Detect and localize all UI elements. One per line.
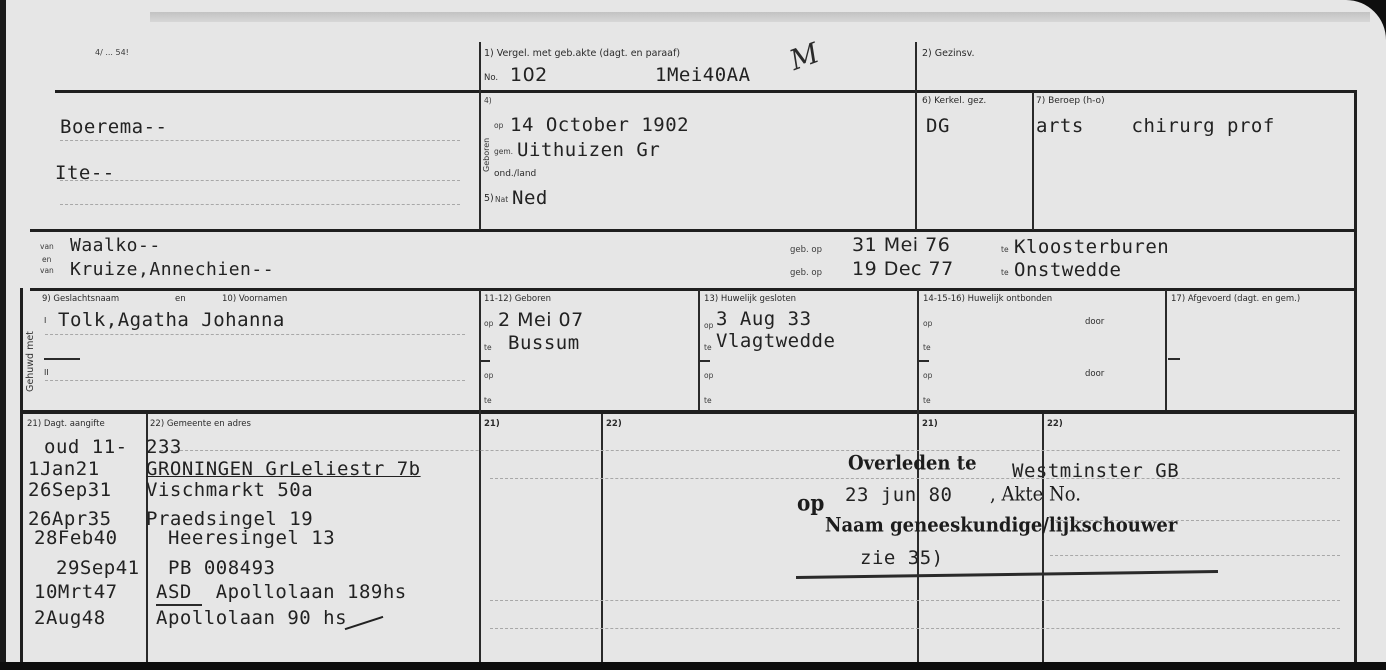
surname: Boerema-- [60, 116, 167, 138]
spouse-op-label-2: op [484, 371, 493, 380]
marker-1: I [44, 316, 46, 325]
no-label: No. [484, 73, 498, 83]
death-place-label: Overleden te [848, 452, 977, 475]
marriage-te-label-2: te [704, 396, 712, 405]
marriage-label: 13) Huwelijk gesloten [704, 294, 796, 304]
rule-row4 [20, 410, 1357, 414]
address-row-4-address: Heeresingel 13 [168, 527, 335, 549]
guide [160, 450, 1340, 452]
geboren-side-label: Geboren [482, 138, 491, 172]
given-names: Ite-- [55, 162, 115, 184]
guide [60, 204, 460, 206]
stamp-underline [796, 570, 1218, 579]
spouse-te-label: te [484, 343, 492, 352]
section6-label: 6) Kerkel. gez. [922, 96, 986, 106]
dissolved-op-label-2: op [923, 371, 932, 380]
nationality: Ned [512, 187, 548, 209]
op-label: op [494, 121, 503, 130]
dissolved-op-label: op [923, 319, 932, 328]
col22c-label: 22) [1047, 419, 1063, 429]
akte-date: 1Mei40AA [655, 64, 751, 86]
occupation: arts chirurg prof [1036, 115, 1275, 137]
label-9: 9) Geslachtsnaam [42, 294, 119, 304]
marriage-date: 3 Aug 33 [716, 308, 812, 330]
address-row-2-address: Vischmarkt 50a [146, 479, 313, 501]
divider-v1 [479, 42, 481, 230]
spouse-op-label: op [484, 319, 493, 328]
divider-v2 [915, 42, 917, 230]
guide [1050, 555, 1340, 557]
address-row-0-date: oud 11- [44, 436, 128, 458]
col21-label: 21) Dagt. aangifte [27, 419, 105, 429]
marriage-op-label-2: op [704, 371, 713, 380]
death-op-label: op [797, 490, 824, 516]
coroner-label: Naam geneeskundige/lijkschouwer [825, 514, 1177, 537]
section5-number: 5) [484, 193, 494, 204]
marriage-op-label: op [704, 321, 713, 330]
guide [60, 140, 460, 142]
section2-label: 2) Gezinsv. [922, 48, 974, 59]
rule-left [20, 288, 23, 662]
divider-v4 [479, 290, 481, 662]
gehuwd-met-side-label: Gehuwd met [25, 331, 36, 392]
asd-underline [156, 604, 202, 606]
guide [490, 628, 1340, 630]
father-te-label: te [1001, 245, 1009, 254]
divider-v7 [1165, 290, 1167, 410]
address-row-1-date: 1Jan21 [28, 458, 100, 480]
ond-land-label: ond./land [494, 169, 536, 179]
tick-d [1168, 358, 1180, 360]
address-row-5-address: PB 008493 [168, 557, 275, 579]
section7-label: 7) Beroep (h-o) [1036, 96, 1105, 106]
dissolved-label: 14-15-16) Huwelijk ontbonden [923, 294, 1052, 304]
tick-c [919, 360, 929, 362]
scan-edge [0, 0, 6, 662]
col21c-label: 21) [922, 419, 938, 429]
marriage-te-label: te [704, 343, 712, 352]
tick-a [480, 360, 490, 362]
death-akte-label: , Akte No. [990, 483, 1081, 506]
col22-label: 22) Gemeente en adres [150, 419, 251, 429]
mother-birth-place: Onstwedde [1014, 259, 1121, 281]
initials-signature: M [785, 36, 823, 77]
death-date: 23 jun 80 [845, 484, 952, 506]
dissolved-te-label-2: te [923, 396, 931, 405]
birth-date: 14 October 1902 [510, 114, 689, 136]
father-geb-label: geb. op [790, 245, 822, 255]
spouse-dash [44, 358, 80, 360]
rule-row1 [55, 90, 1355, 93]
section1-label: 1) Vergel. met geb.akte (dagt. en paraaf… [484, 48, 680, 59]
col21b-label: 21) [484, 419, 500, 429]
father-birth-place: Kloosterburen [1014, 236, 1169, 258]
spouse-birth-place: Bussum [508, 332, 580, 354]
address-row-1-address: GRONINGEN GrLeliestr 7b [146, 458, 421, 480]
rule-row3 [30, 288, 1357, 291]
mother-name: Kruize,Annechien-- [70, 259, 274, 280]
section4-label: 4) [484, 96, 492, 105]
divider-v6 [917, 290, 919, 662]
hs-strikethrough [345, 616, 384, 630]
label-en: en [175, 294, 186, 304]
mother-birth-date: 19 Dec 77 [852, 258, 954, 280]
death-place: Westminster GB [1012, 460, 1179, 482]
address-row-4-date: 28Feb40 [34, 527, 118, 549]
divider-v3 [1032, 92, 1034, 230]
father-name: Waalko-- [70, 235, 161, 256]
father-birth-date: 31 Mei 76 [852, 234, 950, 256]
dissolved-door-label: door [1085, 317, 1104, 327]
address-row-6-date: 10Mrt47 [34, 581, 118, 603]
rule-right [1354, 90, 1357, 662]
address-row-6-address: ASD Apollolaan 189hs [156, 581, 407, 603]
spouse-birth-date: 2 Mei 07 [498, 309, 584, 331]
mother-te-label: te [1001, 268, 1009, 277]
marriage-place: Vlagtwedde [716, 330, 835, 352]
persoonskaart-card: 4/ ... 54! 1) Vergel. met geb.akte (dagt… [0, 0, 1386, 662]
removed-label: 17) Afgevoerd (dagt. en gem.) [1171, 294, 1300, 304]
guide [45, 334, 465, 336]
spouse-born-label: 11-12) Geboren [484, 294, 551, 304]
rule-row2 [30, 229, 1357, 232]
guide [45, 380, 465, 382]
spouse-name: Tolk,Agatha Johanna [58, 309, 285, 331]
card-top-edge [150, 12, 1370, 22]
en-label: en [42, 255, 51, 264]
marker-2: II [44, 368, 49, 377]
gem-label: gem. [494, 147, 513, 156]
van-label-2: van [40, 266, 54, 275]
dissolved-te-label: te [923, 343, 931, 352]
religion: DG [926, 115, 950, 137]
address-row-0-address: 233 [146, 436, 182, 458]
divider-v5 [698, 290, 700, 410]
birth-place: Uithuizen Gr [517, 139, 660, 161]
akte-number: 102 [510, 64, 548, 86]
col22b-label: 22) [606, 419, 622, 429]
address-row-7-address: Apollolaan 90 hs [156, 607, 347, 629]
nat-label: Nat [495, 195, 508, 204]
mother-geb-label: geb. op [790, 268, 822, 278]
guide [490, 600, 1340, 602]
dissolved-door-label-2: door [1085, 369, 1104, 379]
guide [60, 180, 460, 182]
label-10: 10) Voornamen [222, 294, 287, 304]
spouse-te-label-2: te [484, 396, 492, 405]
guide [490, 478, 1340, 480]
address-row-5-date: 29Sep41 [56, 557, 140, 579]
address-row-2-date: 26Sep31 [28, 479, 112, 501]
address-row-7-date: 2Aug48 [34, 607, 106, 629]
tick-b [700, 360, 710, 362]
coroner-reference: zie 35) [860, 547, 944, 569]
top-left-note: 4/ ... 54! [95, 48, 129, 57]
van-label: van [40, 242, 54, 251]
